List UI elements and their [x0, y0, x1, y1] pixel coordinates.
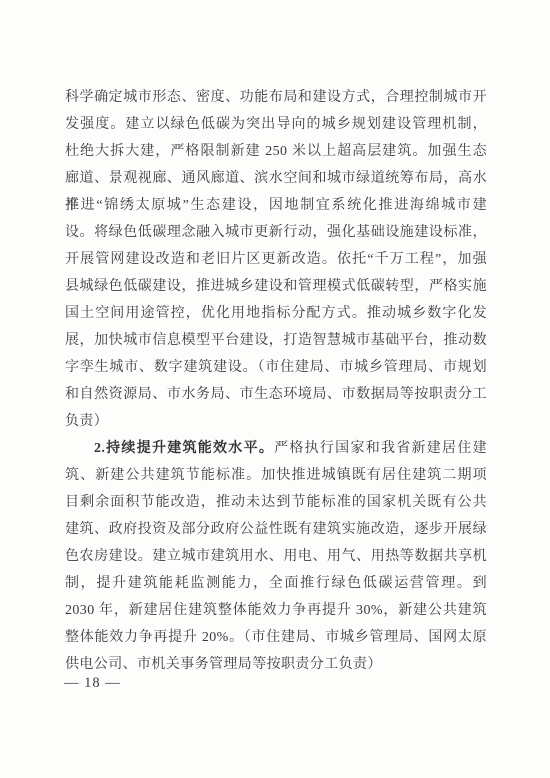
text-line: 整体能效力争再提升 20%。（市住建局、市城乡管理局、国网太原	[65, 624, 487, 651]
page-number: — 18 —	[64, 672, 121, 694]
text-line: 供电公司、市机关事务管理局等按职责分工负责）	[65, 651, 487, 678]
bold-section-lead: 2.持续提升建筑能效水平。	[94, 441, 274, 456]
text-line: 县城绿色低碳建设，推进城乡建设和管理模式低碳转型，严格实施	[65, 273, 487, 300]
text-line: 发强度。建立以绿色低碳为突出导向的城乡规划建设管理机制，	[65, 111, 487, 138]
text-line: 制，提升建筑能耗监测能力，全面推行绿色低碳运营管理。到	[65, 570, 487, 597]
text-line: 推进“锦绣太原城”生态建设，因地制宜系统化推进海绵城市建	[65, 192, 487, 219]
text-line: 2030 年，新建居住建筑整体能效力争再提升 30%，新建公共建筑	[65, 597, 487, 624]
text-line: 筑、新建公共建筑节能标准。加快推进城镇既有居住建筑二期项	[65, 462, 487, 489]
text-line: 和自然资源局、市水务局、市生态环境局、市数据局等按职责分工	[65, 381, 487, 408]
text-line: 字孪生城市、数字建筑建设。（市住建局、市城乡管理局、市规划	[65, 354, 487, 381]
text-line: 目剩余面积节能改造，推动未达到节能标准的国家机关既有公共	[65, 489, 487, 516]
text-line: 建筑、政府投资及部分政府公益性既有建筑实施改造，逐步开展绿	[65, 516, 487, 543]
text-line: 杜绝大拆大建，严格限制新建 250 米以上超高层建筑。加强生态	[65, 138, 487, 165]
text-line: 廊道、景观视廊、通风廊道、滨水空间和城市绿道统筹布局，高水平	[65, 165, 487, 192]
text-line: 2.持续提升建筑能效水平。严格执行国家和我省新建居住建	[65, 435, 487, 462]
para-building-energy-efficiency: 2.持续提升建筑能效水平。严格执行国家和我省新建居住建筑、新建公共建筑节能标准。…	[65, 435, 487, 678]
text-line: 科学确定城市形态、密度、功能布局和建设方式，合理控制城市开	[65, 84, 487, 111]
document-body: 科学确定城市形态、密度、功能布局和建设方式，合理控制城市开发强度。建立以绿色低碳…	[65, 84, 487, 678]
text-line: 国土空间用途管控，优化用地指标分配方式。推动城乡数字化发	[65, 300, 487, 327]
text-line: 负责）	[65, 408, 487, 435]
text-line: 设。将绿色低碳理念融入城市更新行动，强化基础设施建设标准，	[65, 219, 487, 246]
document-page: 科学确定城市形态、密度、功能布局和建设方式，合理控制城市开发强度。建立以绿色低碳…	[0, 0, 550, 778]
text-line: 色农房建设。建立城市建筑用水、用电、用气、用热等数据共享机	[65, 543, 487, 570]
text-line: 开展管网建设改造和老旧片区更新改造。依托“千万工程”，加强	[65, 246, 487, 273]
text-line: 展，加快城市信息模型平台建设，打造智慧城市基础平台，推动数	[65, 327, 487, 354]
para-urban-rural-green-development: 科学确定城市形态、密度、功能布局和建设方式，合理控制城市开发强度。建立以绿色低碳…	[65, 84, 487, 435]
